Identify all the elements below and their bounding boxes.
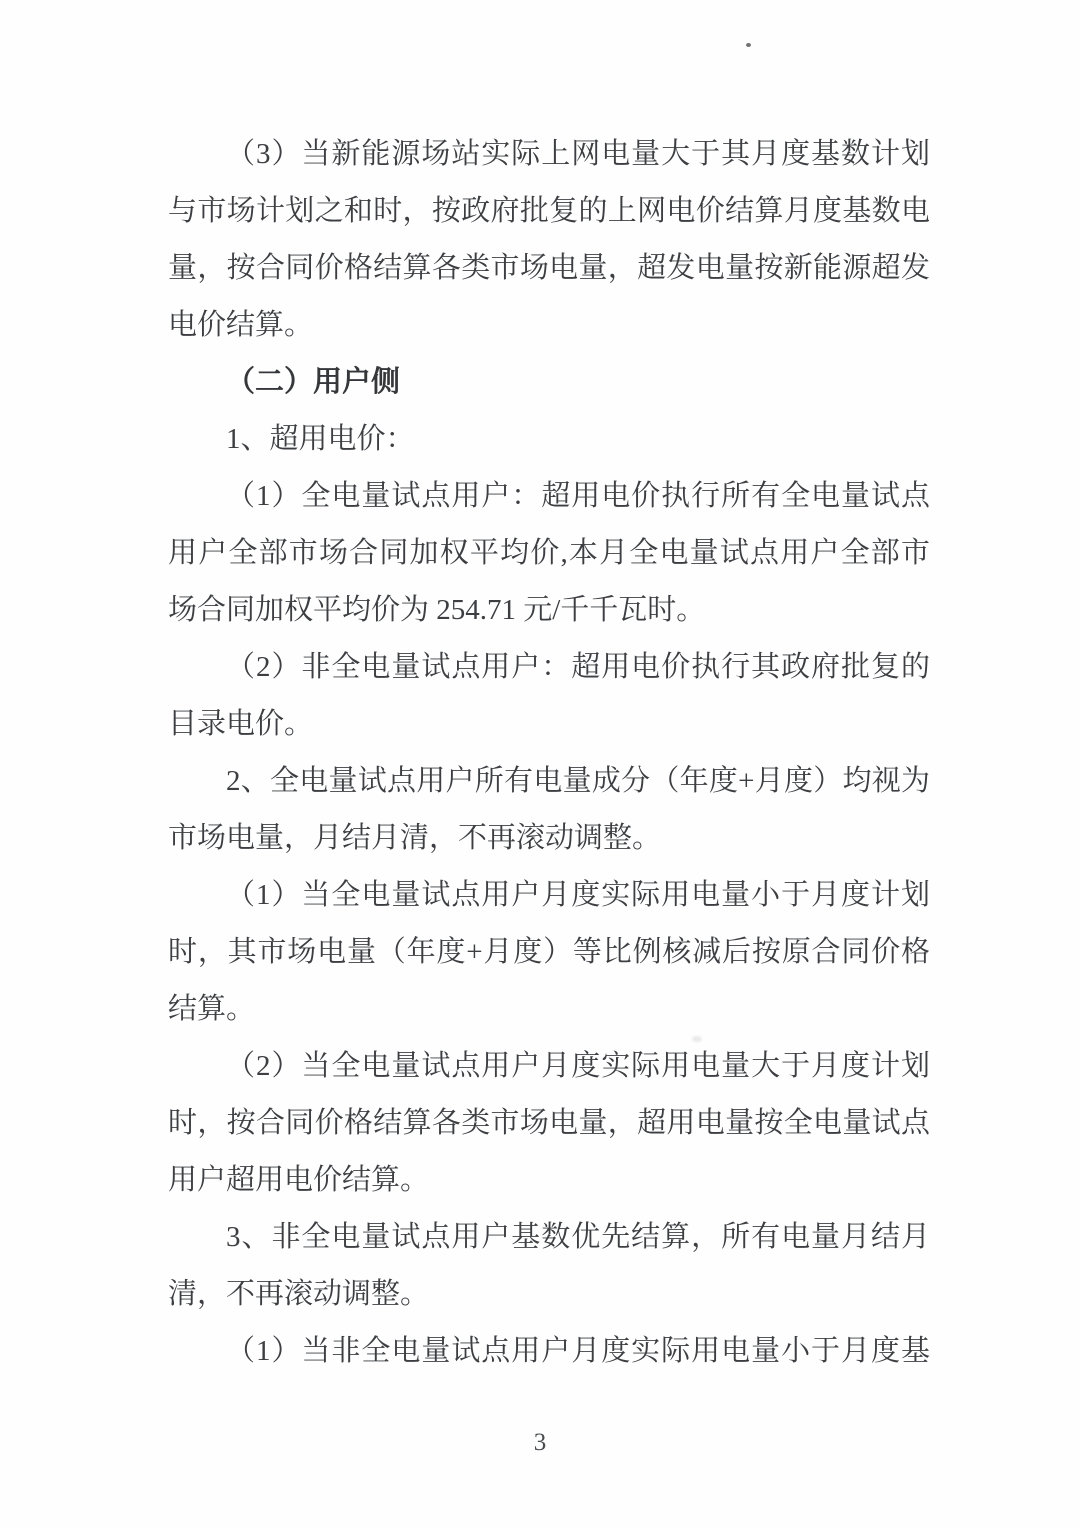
paragraph: 1、超用电价： (168, 411, 930, 468)
paragraph: 2、全电量试点用户所有电量成分（年度+月度）均视为市场电量，月结月清，不再滚动调… (168, 753, 930, 867)
paragraph: （1）全电量试点用户：超用电价执行所有全电量试点用户全部市场合同加权平均价,本月… (168, 468, 930, 639)
text-line: 目录电价。 (168, 696, 930, 753)
text-line: 结算。 (168, 981, 930, 1038)
paragraph: （1）当非全电量试点用户月度实际用电量小于月度基 (168, 1323, 930, 1380)
paragraph: （2）当全电量试点用户月度实际用电量大于月度计划时，按合同价格结算各类市场电量，… (168, 1038, 930, 1209)
text-line: （2）非全电量试点用户：超用电价执行其政府批复的 (168, 639, 930, 696)
document-text: （3）当新能源场站实际上网电量大于其月度基数计划与市场计划之和时，按政府批复的上… (168, 126, 930, 1380)
text-line: 量，按合同价格结算各类市场电量，超发电量按新能源超发 (168, 240, 930, 297)
text-line: 清，不再滚动调整。 (168, 1266, 930, 1323)
text-line: 场合同加权平均价为 254.71 元/千千瓦时。 (168, 582, 930, 639)
text-line: 1、超用电价： (168, 411, 930, 468)
text-line: （1）全电量试点用户：超用电价执行所有全电量试点 (168, 468, 930, 525)
text-line: 2、全电量试点用户所有电量成分（年度+月度）均视为 (168, 753, 930, 810)
paragraph: 3、非全电量试点用户基数优先结算，所有电量月结月清，不再滚动调整。 (168, 1209, 930, 1323)
paragraph: （2）非全电量试点用户：超用电价执行其政府批复的目录电价。 (168, 639, 930, 753)
paragraph: （3）当新能源场站实际上网电量大于其月度基数计划与市场计划之和时，按政府批复的上… (168, 126, 930, 354)
text-line: （2）当全电量试点用户月度实际用电量大于月度计划 (168, 1038, 930, 1095)
text-line: 时，其市场电量（年度+月度）等比例核减后按原合同价格 (168, 924, 930, 981)
page-footer: 3 (0, 1428, 1080, 1458)
scan-speck (746, 43, 751, 47)
text-line: 用户超用电价结算。 (168, 1152, 930, 1209)
text-line: 电价结算。 (168, 297, 930, 354)
text-line: 市场电量，月结月清，不再滚动调整。 (168, 810, 930, 867)
text-line: （3）当新能源场站实际上网电量大于其月度基数计划 (168, 126, 930, 183)
text-line: （1）当非全电量试点用户月度实际用电量小于月度基 (168, 1323, 930, 1380)
text-line: （1）当全电量试点用户月度实际用电量小于月度计划 (168, 867, 930, 924)
page-number: 3 (534, 1429, 547, 1456)
document-page: （3）当新能源场站实际上网电量大于其月度基数计划与市场计划之和时，按政府批复的上… (0, 0, 1080, 1527)
text-line: 用户全部市场合同加权平均价,本月全电量试点用户全部市 (168, 525, 930, 582)
text-line: （二）用户侧 (168, 354, 930, 411)
paragraph: （1）当全电量试点用户月度实际用电量小于月度计划时，其市场电量（年度+月度）等比… (168, 867, 930, 1038)
section-heading: （二）用户侧 (168, 354, 930, 411)
text-line: 与市场计划之和时，按政府批复的上网电价结算月度基数电 (168, 183, 930, 240)
text-line: 3、非全电量试点用户基数优先结算，所有电量月结月 (168, 1209, 930, 1266)
text-line: 时，按合同价格结算各类市场电量，超用电量按全电量试点 (168, 1095, 930, 1152)
